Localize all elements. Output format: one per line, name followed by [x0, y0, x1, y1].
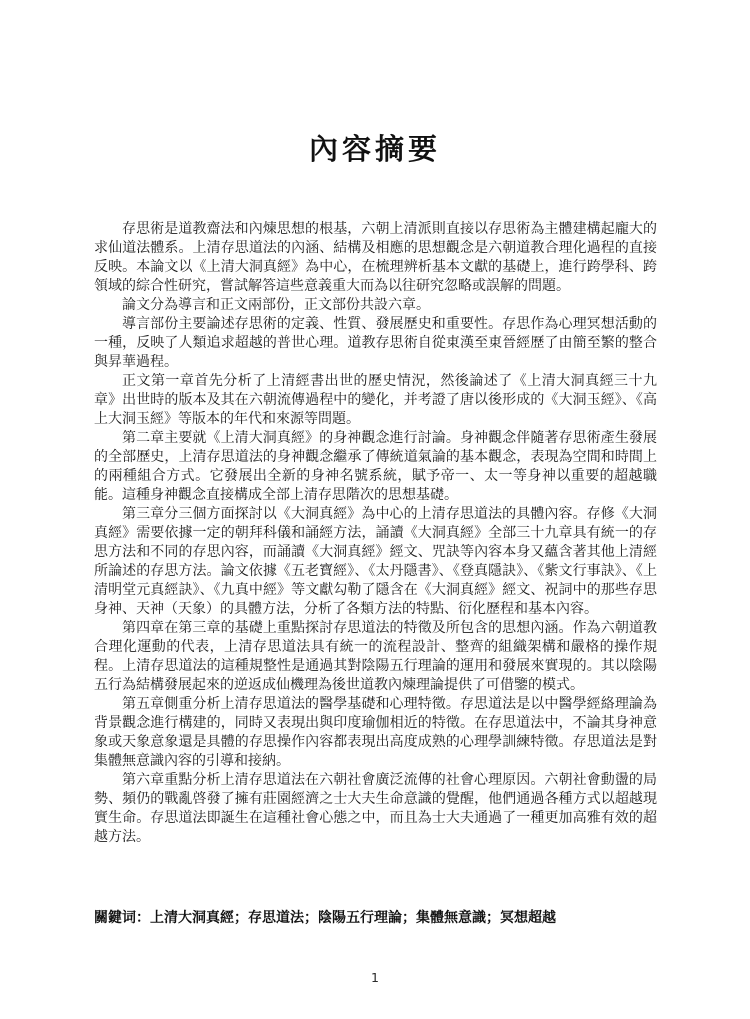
page-number: 1 — [0, 970, 750, 985]
paragraph: 存思術是道教齋法和內煉思想的根基，六朝上清派則直接以存思術為主體建構起龐大的求仙… — [94, 220, 657, 296]
paragraph: 第六章重點分析上清存思道法在六朝社會廣泛流傳的社會心理原因。六朝社會動盪的局勢、… — [94, 771, 657, 847]
paragraph: 第四章在第三章的基礎上重點探討存思道法的特徵及所包含的思想內涵。作為六朝道教合理… — [94, 619, 657, 695]
keywords-line: 關鍵词：上清大洞真經；存思道法；陰陽五行理論；集體無意識；冥想超越 — [94, 909, 657, 928]
paragraph: 第二章主要就《上清大洞真經》的身神觀念進行討論。身神觀念伴隨著存思術產生發展的全… — [94, 429, 657, 505]
abstract-body: 存思術是道教齋法和內煉思想的根基，六朝上清派則直接以存思術為主體建構起龐大的求仙… — [94, 220, 657, 847]
paragraph: 論文分為導言和正文兩部份，正文部份共設六章。 — [94, 296, 657, 315]
page-title: 內容摘要 — [0, 127, 750, 168]
document-page: 內容摘要 存思術是道教齋法和內煉思想的根基，六朝上清派則直接以存思術為主體建構起… — [0, 0, 750, 1019]
paragraph: 第三章分三個方面探討以《大洞真經》為中心的上清存思道法的具體內容。存修《大洞真經… — [94, 505, 657, 619]
keywords-text: 上清大洞真經；存思道法；陰陽五行理論；集體無意識；冥想超越 — [150, 910, 556, 926]
paragraph: 第五章側重分析上清存思道法的醫學基礎和心理特徵。存思道法是以中醫學經絡理論為背景… — [94, 695, 657, 771]
paragraph: 導言部份主要論述存思術的定義、性質、發展歷史和重要性。存思作為心理冥想活動的一種… — [94, 315, 657, 372]
keywords-label: 關鍵词： — [94, 910, 150, 926]
paragraph: 正文第一章首先分析了上清經書出世的歷史情況，然後論述了《上清大洞真經三十九章》出… — [94, 372, 657, 429]
